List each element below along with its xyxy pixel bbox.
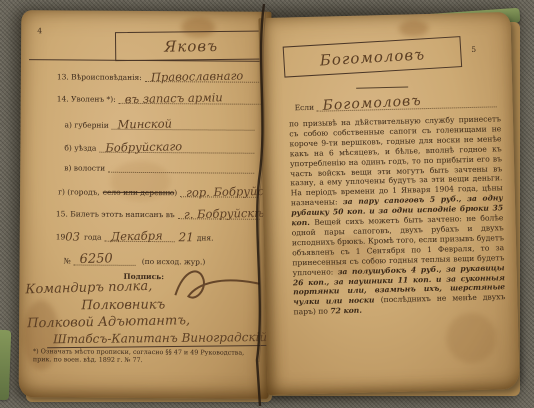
if-label: Если: [295, 103, 315, 112]
field-volost-label: в) волости: [64, 163, 105, 172]
field-city: г) (городъ, село или деревню ) гор. Бобр…: [58, 185, 258, 197]
field-religion-value: Православнаго: [151, 70, 244, 82]
field-ticket-written: 15. Билетъ этотъ написанъ въ г. Бобруйск…: [56, 207, 260, 219]
field-volost: в) волости: [64, 163, 254, 173]
right-name-box: Богомоловъ: [283, 36, 463, 78]
number-value: 6250: [80, 253, 113, 265]
field-uezd-value: Бобруйскаго: [105, 141, 182, 152]
field-ticket-written-label: 15. Билетъ этотъ написанъ въ: [56, 209, 175, 219]
body-paragraph: по призывѣ на дѣйствительную службу прин…: [289, 114, 506, 317]
signature-line-3: Полковой Адъютантъ,: [27, 313, 190, 331]
left-name-box-value: Яковъ: [164, 37, 218, 56]
field-religion: 13. Вѣроисповѣданія: Православнаго: [57, 70, 261, 82]
field-guberniya-value: Минской: [118, 118, 173, 129]
signature-line-1: Командиръ полка,: [25, 279, 152, 298]
field-city-label-struck: село или деревню: [103, 188, 175, 197]
if-value: Богомоловъ: [323, 95, 423, 112]
right-page-number: 5: [471, 45, 476, 54]
binding-thread: [246, 0, 278, 408]
field-city-label-post: ): [174, 188, 177, 197]
field-date: 19 03 года Декабря 21 дня.: [56, 230, 236, 242]
field-discharged-value: въ запасъ арміи: [125, 92, 223, 104]
date-day-hand: 21: [178, 232, 193, 242]
date-month-hand: Декабря: [110, 230, 162, 241]
field-discharged: 14. Уволенъ *): въ запасъ арміи: [57, 92, 261, 104]
field-discharged-label: 14. Уволенъ *):: [57, 94, 116, 103]
left-page-number: 4: [37, 26, 42, 35]
field-city-label-pre: г) (городъ,: [58, 187, 100, 196]
right-header-rule: [356, 86, 408, 88]
date-word-day: дня.: [197, 233, 214, 242]
date-century-printed: 19: [56, 232, 66, 241]
cover-cloth-edge-bottom-left: [0, 330, 11, 400]
date-year-hand: 03: [65, 231, 80, 241]
signature-line-4: Штабсъ-Капитанъ Виноградскій: [47, 330, 273, 348]
field-uezd: б) уѣзда Бобруйскаго: [64, 141, 254, 153]
number-label: №: [64, 256, 71, 265]
field-religion-label: 13. Вѣроисповѣданія:: [57, 72, 142, 82]
field-uezd-label: б) уѣзда: [64, 143, 96, 152]
right-name-box-value: Богомоловъ: [319, 45, 425, 69]
right-page: 5 Богомоловъ Если Богомоловъ по призывѣ …: [258, 12, 519, 395]
footnote: *) Означать мѣсто прописки, согласно §§ …: [33, 348, 257, 365]
right-page-content: 5 Богомоловъ Если Богомоловъ по призывѣ …: [258, 12, 519, 395]
field-guberniya: а) губерніи Минской: [65, 118, 255, 130]
left-page: 4 Яковъ 13. Вѣроисповѣданія: Православна…: [19, 10, 272, 399]
date-word-year: года: [84, 233, 102, 242]
left-page-content: 4 Яковъ 13. Вѣроисповѣданія: Православна…: [19, 10, 272, 399]
field-guberniya-label: а) губерніи: [65, 120, 109, 129]
conditional-clause-line: Если Богомоловъ: [294, 94, 496, 112]
photo-background: 4 Яковъ 13. Вѣроисповѣданія: Православна…: [0, 0, 534, 408]
left-name-box: Яковъ: [115, 31, 267, 62]
signature-line-2: Полковникъ: [81, 297, 165, 313]
